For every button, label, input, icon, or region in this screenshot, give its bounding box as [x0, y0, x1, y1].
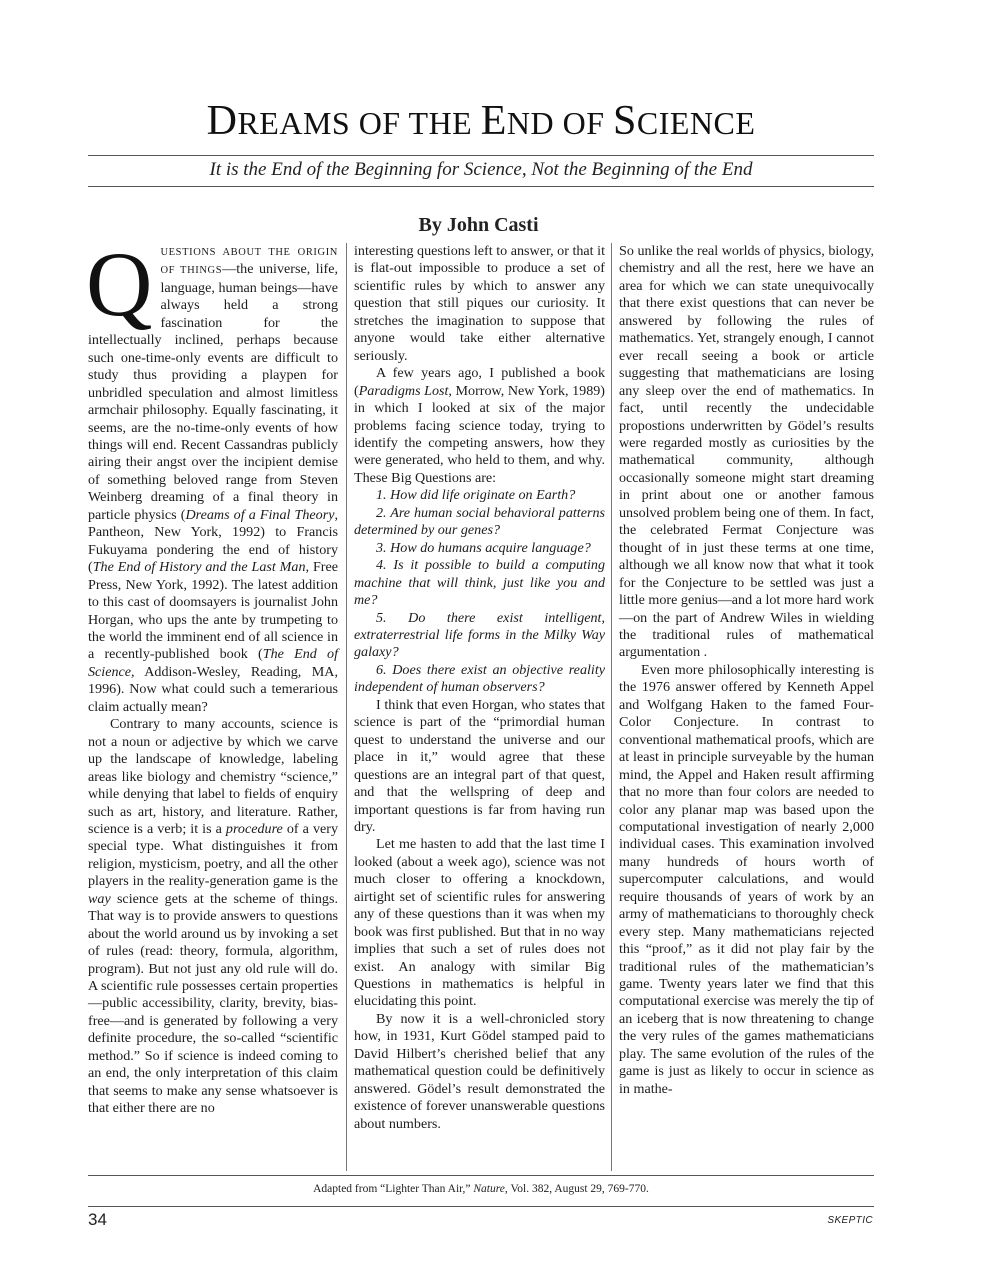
title-word-1: DREAMS OF THE: [207, 98, 481, 144]
text-column-2: interesting questions left to answer, or…: [354, 243, 605, 1173]
title-word-2: END OF: [481, 98, 613, 144]
paragraph: interesting questions left to answer, or…: [354, 243, 605, 365]
article-title: DREAMS OF THE END OF SCIENCE: [88, 96, 874, 148]
source-footnote: Adapted from “Lighter Than Air,” Nature,…: [88, 1183, 874, 1195]
paragraph: By now it is a well-chronicled story how…: [354, 1011, 605, 1133]
big-question-item: 6. Does there exist an objective reality…: [354, 662, 605, 697]
big-question-item: 5. Do there exist intelligent, extraterr…: [354, 610, 605, 662]
article-subtitle: It is the End of the Beginning for Scien…: [88, 158, 874, 182]
column-divider: [346, 243, 347, 1171]
book-title: The End of History and the Last Man,: [93, 559, 309, 575]
paragraph: Even more philosophically interesting is…: [619, 662, 874, 1098]
page-number: 34: [88, 1210, 107, 1230]
journal-name: Nature: [473, 1183, 505, 1195]
title-rule-bottom: [88, 186, 874, 187]
big-question-item: 1. How did life originate on Earth?: [354, 487, 605, 504]
text-column-1: QUESTIONS ABOUT THE ORIGIN OF THINGS—the…: [88, 243, 338, 1173]
paragraph: Contrary to many accounts, science is no…: [88, 716, 338, 1117]
big-question-item: 4. Is it possible to build a computing m…: [354, 557, 605, 609]
paragraph: I think that even Horgan, who states tha…: [354, 697, 605, 837]
magazine-page: DREAMS OF THE END OF SCIENCE It is the E…: [0, 0, 989, 1280]
emphasis: procedure: [226, 821, 283, 837]
paragraph: Let me hasten to add that the last time …: [354, 836, 605, 1011]
title-rule-top: [88, 155, 874, 156]
emphasis: way: [88, 891, 111, 907]
magazine-name: SKEPTIC: [827, 1215, 873, 1226]
book-title: Paradigms Lost: [359, 383, 449, 399]
big-question-item: 3. How do humans acquire language?: [354, 540, 605, 557]
paragraph: A few years ago, I published a book (Par…: [354, 365, 605, 487]
column-divider: [611, 243, 612, 1171]
paragraph: QUESTIONS ABOUT THE ORIGIN OF THINGS—the…: [88, 243, 338, 716]
book-title: Dreams of a Final Theory: [185, 507, 334, 523]
footer-rule-bottom: [88, 1206, 874, 1207]
text-column-3: So unlike the real worlds of physics, bi…: [619, 243, 874, 1173]
paragraph: So unlike the real worlds of physics, bi…: [619, 243, 874, 662]
drop-cap: Q: [86, 245, 152, 329]
footer-rule-top: [88, 1175, 874, 1176]
title-word-3: SCIENCE: [613, 98, 755, 144]
author-byline: By John Casti: [346, 213, 611, 237]
big-question-item: 2. Are human social behavioral patterns …: [354, 505, 605, 540]
